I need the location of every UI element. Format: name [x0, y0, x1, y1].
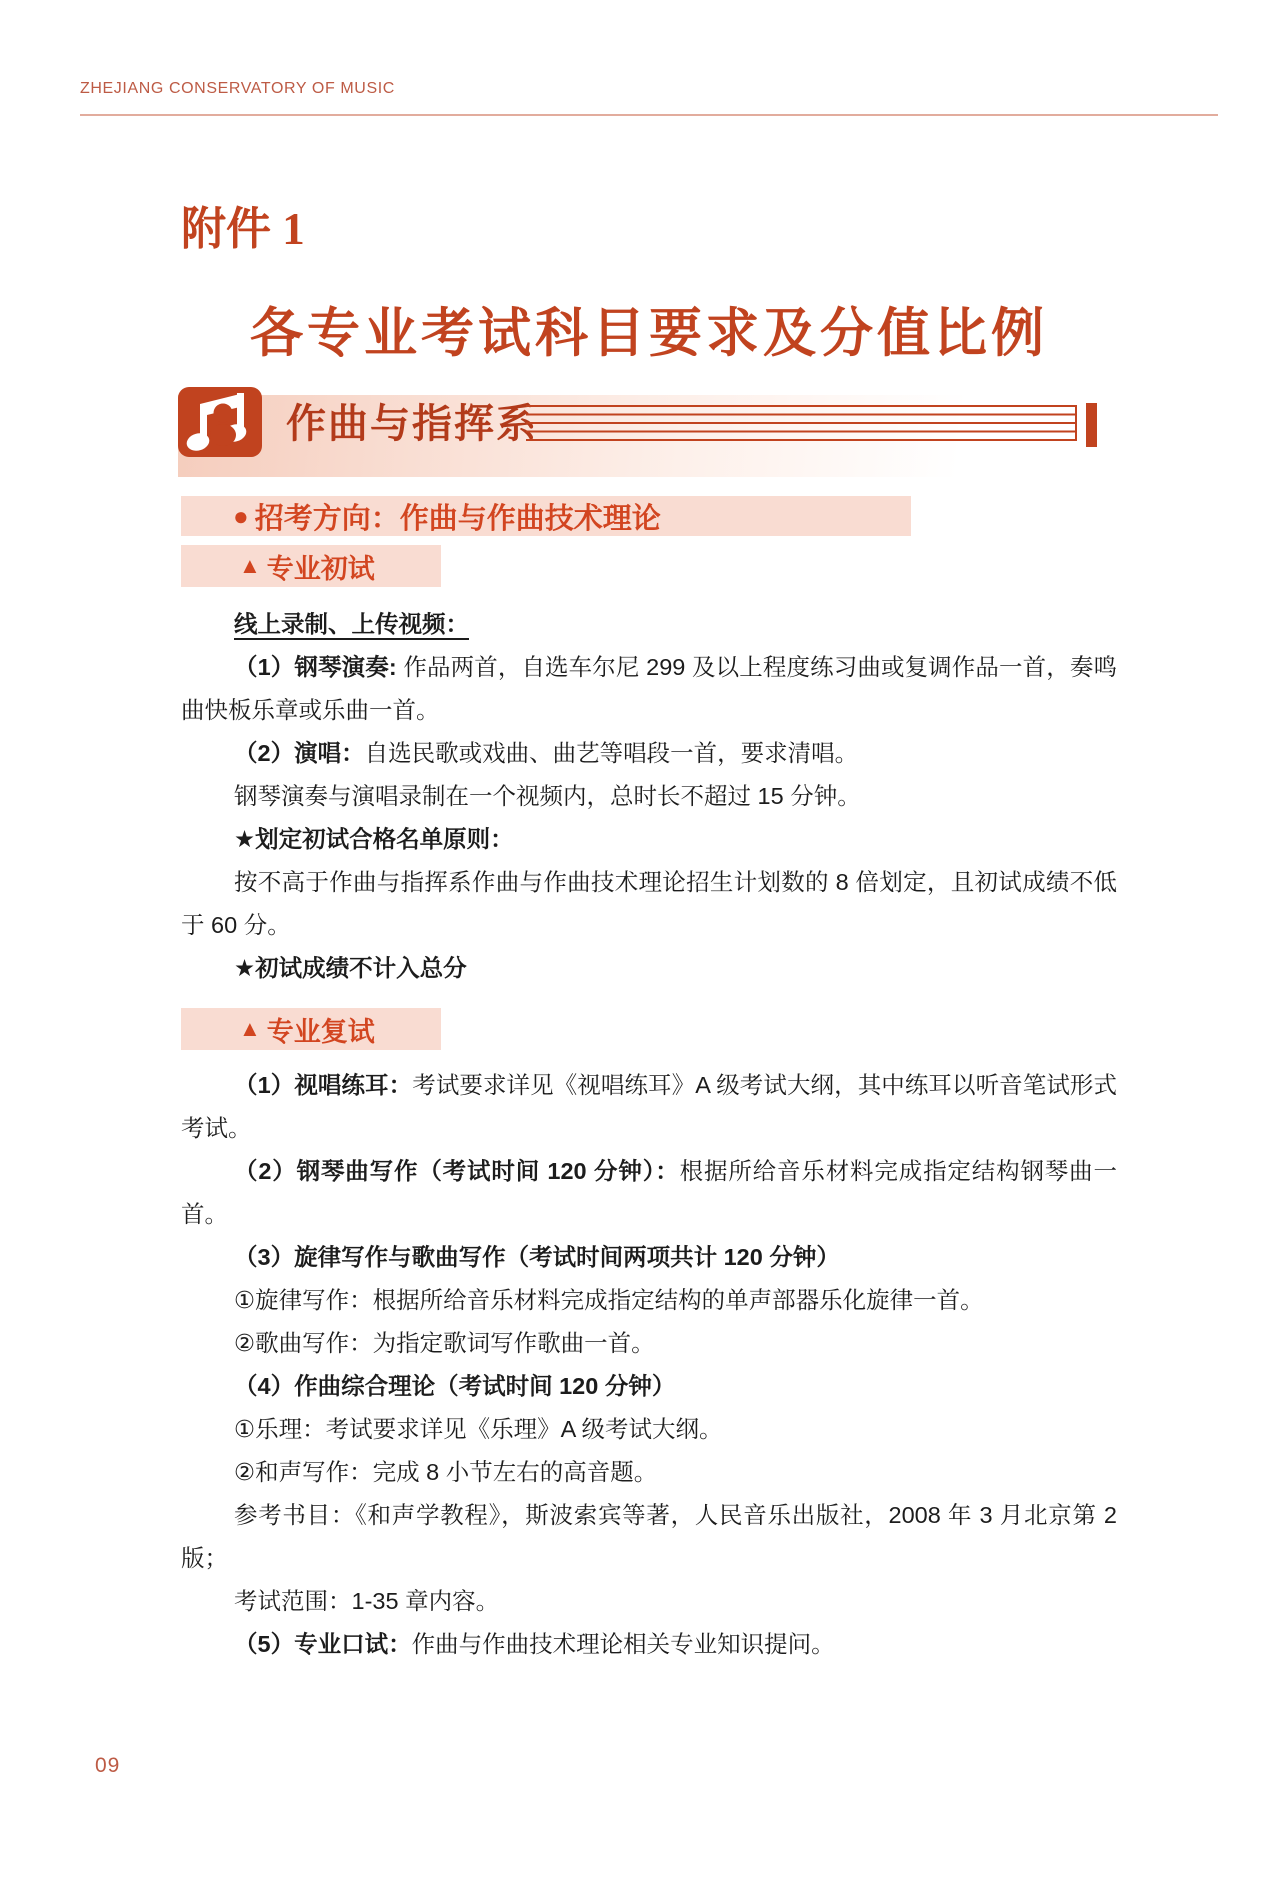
direction-bar: ● 招考方向：作曲与作曲技术理论 — [181, 496, 911, 536]
paragraph: ★初试成绩不计入总分 — [181, 947, 1117, 990]
paragraph: （5）专业口试：作曲与作曲技术理论相关专业知识提问。 — [181, 1623, 1117, 1666]
bullet-icon: ● — [233, 503, 249, 529]
brand-text: ZHEJIANG CONSERVATORY OF MUSIC — [80, 80, 395, 98]
section-title: 专业初试 — [267, 547, 375, 586]
paragraph: ②和声写作：完成 8 小节左右的高音题。 — [181, 1451, 1117, 1494]
paragraph: 钢琴演奏与演唱录制在一个视频内，总时长不超过 15 分钟。 — [181, 775, 1117, 818]
paragraph: ★划定初试合格名单原则： — [181, 818, 1117, 861]
section-title: 专业复试 — [267, 1010, 375, 1049]
paragraph: ①旋律写作：根据所给音乐材料完成指定结构的单声部器乐化旋律一首。 — [181, 1279, 1117, 1322]
page-number: 09 — [95, 1754, 120, 1778]
retest-section: （1）视唱练耳：考试要求详见《视唱练耳》A 级考试大纲，其中练耳以听音笔试形式考… — [181, 1064, 1117, 1666]
paragraph: （1）视唱练耳：考试要求详见《视唱练耳》A 级考试大纲，其中练耳以听音笔试形式考… — [181, 1064, 1117, 1150]
direction-label: 招考方向：作曲与作曲技术理论 — [255, 496, 661, 537]
paragraph: 线上录制、上传视频： — [181, 603, 1117, 646]
paragraph: 参考书目：《和声学教程》，斯波索宾等著，人民音乐出版社，2008 年 3 月北京… — [181, 1494, 1117, 1580]
section-bar-retest: ▲ 专业复试 — [181, 1008, 441, 1050]
paragraph: （3）旋律写作与歌曲写作（考试时间两项共计 120 分钟） — [181, 1236, 1117, 1279]
triangle-icon: ▲ — [239, 555, 261, 577]
page-title: 各专业考试科目要求及分值比例 — [181, 291, 1117, 367]
department-banner: 作曲与指挥系 — [178, 387, 1097, 477]
section-bar-preliminary: ▲ 专业初试 — [181, 545, 441, 587]
paragraph: 按不高于作曲与指挥系作曲与作曲技术理论招生计划数的 8 倍划定，且初试成绩不低于… — [181, 861, 1117, 947]
department-name: 作曲与指挥系 — [286, 387, 538, 461]
header-divider — [80, 114, 1218, 116]
paragraph: （2）演唱：自选民歌或戏曲、曲艺等唱段一首，要求清唱。 — [181, 732, 1117, 775]
paragraph: ②歌曲写作：为指定歌词写作歌曲一首。 — [181, 1322, 1117, 1365]
preliminary-section: 线上录制、上传视频： （1）钢琴演奏: 作品两首，自选车尔尼 299 及以上程度… — [181, 603, 1117, 990]
content-column: ● 招考方向：作曲与作曲技术理论 ▲ 专业初试 线上录制、上传视频： （1）钢琴… — [181, 496, 1117, 1666]
attachment-label: 附件 1 — [181, 192, 305, 257]
paragraph: 考试范围：1-35 章内容。 — [181, 1580, 1117, 1623]
document-page: ZHEJIANG CONSERVATORY OF MUSIC 附件 1 各专业考… — [0, 0, 1280, 1886]
paragraph: ①乐理：考试要求详见《乐理》A 级考试大纲。 — [181, 1408, 1117, 1451]
staff-lines — [526, 403, 1097, 447]
paragraph: （2）钢琴曲写作（考试时间 120 分钟）：根据所给音乐材料完成指定结构钢琴曲一… — [181, 1150, 1117, 1236]
paragraph: （1）钢琴演奏: 作品两首，自选车尔尼 299 及以上程度练习曲或复调作品一首，… — [181, 646, 1117, 732]
triangle-icon: ▲ — [239, 1018, 261, 1040]
paragraph: （4）作曲综合理论（考试时间 120 分钟） — [181, 1365, 1117, 1408]
music-note-icon — [178, 387, 262, 457]
